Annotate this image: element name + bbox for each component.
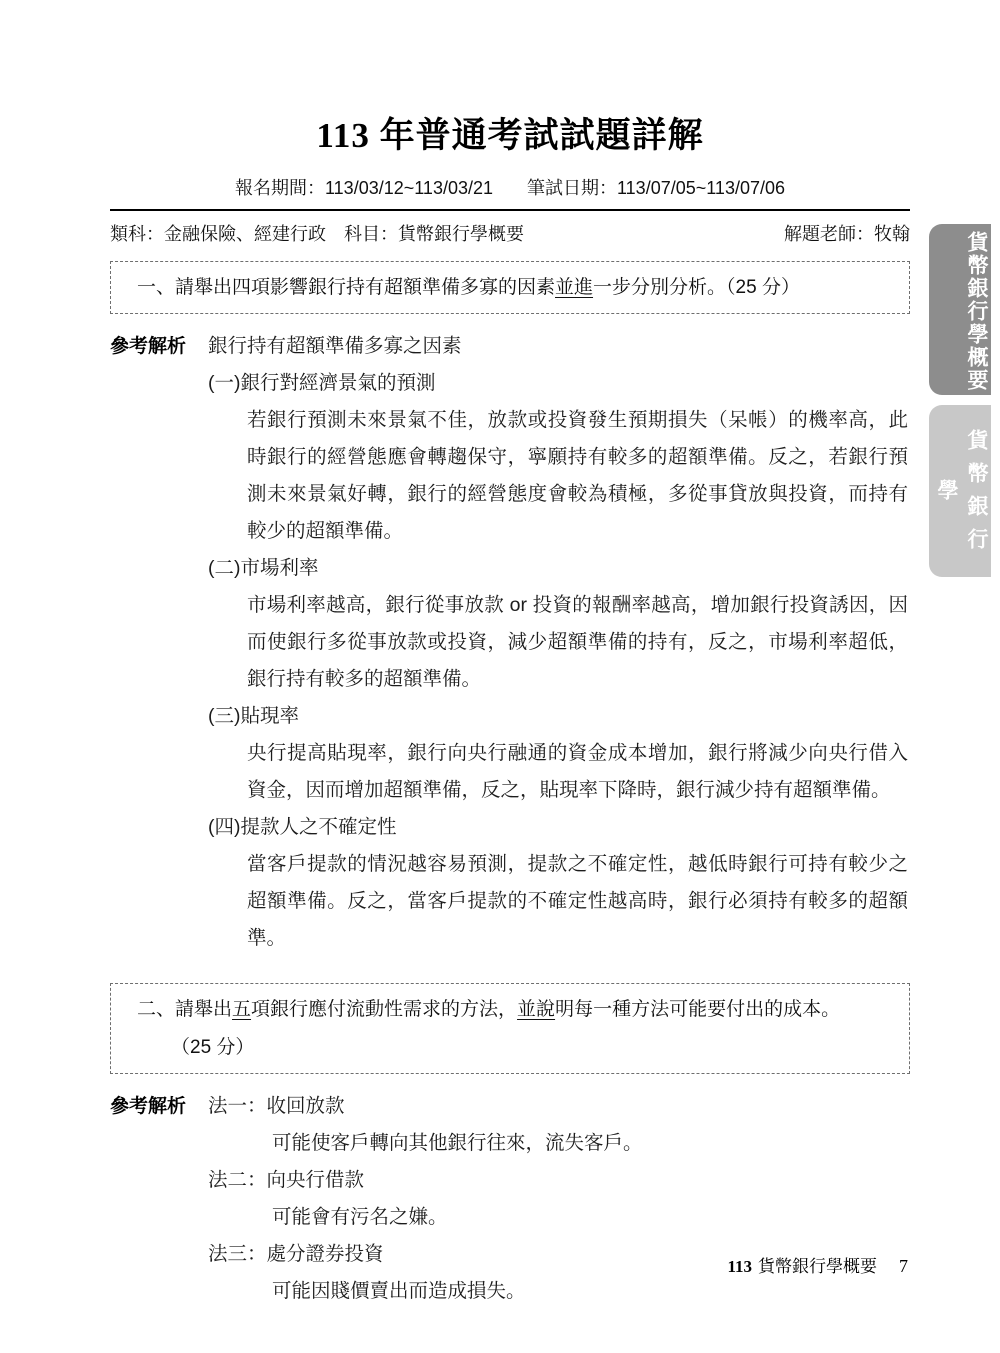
exam-dates-line: 報名期間：113/03/12~113/03/21筆試日期：113/07/05~1… — [110, 174, 910, 200]
question-2-underline-1: 五 — [232, 999, 251, 1020]
item-body: 當客戶提款的情況越容易預測，提款之不確定性，越低時銀行可持有較少之超額準備。反之… — [247, 846, 908, 957]
page-main-column: 113 年普通考試試題詳解 報名期間：113/03/12~113/03/21筆試… — [110, 0, 910, 1310]
item-body: 央行提高貼現率，銀行向央行融通的資金成本增加，銀行將減少向央行借入資金，因而增加… — [247, 735, 908, 809]
item-heading: (二)市場利率 — [208, 550, 908, 587]
answer-2-method: 法二：向央行借款 可能會有污名之嫌。 — [208, 1162, 908, 1236]
answer-1-block: 參考解析 銀行持有超額準備多寡之因素 (一)銀行對經濟景氣的預測 若銀行預測未來… — [110, 328, 910, 957]
sidebar-tab-label: 貨幣銀行學概要 — [965, 231, 988, 392]
item-heading: (一)銀行對經濟景氣的預測 — [208, 365, 908, 402]
category-subject: 類科：金融保險、經建行政 科目：貨幣銀行學概要 — [110, 220, 524, 246]
question-1-box: 一、請舉出四項影響銀行持有超額準備多寡的因素並進一步分別分析。（25 分） — [110, 261, 910, 314]
item-heading: (三)貼現率 — [208, 698, 908, 735]
item-body: 若銀行預測未來景氣不佳，放款或投資發生預期損失（呆帳）的機率高，此時銀行的經營態… — [247, 402, 908, 550]
answer-1-item: (一)銀行對經濟景氣的預測 若銀行預測未來景氣不佳，放款或投資發生預期損失（呆帳… — [208, 365, 908, 550]
question-1-underline: 並進 — [555, 277, 593, 298]
answer-1-intro: 銀行持有超額準備多寡之因素 — [208, 328, 908, 365]
method-cost: 可能因賤價賣出而造成損失。 — [272, 1273, 908, 1310]
answer-2-method: 法一：收回放款 可能使客戶轉向其他銀行往來，流失客戶。 — [208, 1088, 908, 1162]
method-cost: 可能會有污名之嫌。 — [272, 1199, 908, 1236]
header-divider — [110, 209, 910, 211]
footer-volume: 113 — [727, 1257, 752, 1276]
sidebar-tab-subject-overview[interactable]: 貨幣銀行學概要 — [929, 224, 991, 395]
sidebar-tab-subject[interactable]: 貨幣銀行學 — [929, 405, 991, 577]
question-2-points: （25 分） — [171, 1034, 891, 1061]
item-heading: (四)提款人之不確定性 — [208, 809, 908, 846]
page-footer: 113貨幣銀行學概要7 — [727, 1252, 908, 1277]
question-2-text: 二、請舉出五項銀行應付流動性需求的方法，並說明每一種方法可能要付出的成本。 — [137, 996, 891, 1023]
reference-analysis-label: 參考解析 — [110, 1088, 208, 1310]
answer-1-content: 銀行持有超額準備多寡之因素 (一)銀行對經濟景氣的預測 若銀行預測未來景氣不佳，… — [208, 328, 908, 957]
footer-page-number: 7 — [899, 1256, 908, 1276]
answer-1-item: (二)市場利率 市場利率越高，銀行從事放款 or 投資的報酬率越高，增加銀行投資… — [208, 550, 908, 698]
reference-analysis-label: 參考解析 — [110, 328, 208, 957]
method-cost: 可能使客戶轉向其他銀行往來，流失客戶。 — [272, 1125, 908, 1162]
meta-line: 類科：金融保險、經建行政 科目：貨幣銀行學概要 解題老師：牧翰 — [110, 220, 910, 246]
exam-solution-page: 貨幣銀行學概要 貨幣銀行學 113 年普通考試試題詳解 報名期間：113/03/… — [0, 0, 1000, 1353]
question-1-text: 一、請舉出四項影響銀行持有超額準備多寡的因素並進一步分別分析。（25 分） — [137, 277, 800, 298]
solution-teacher: 解題老師：牧翰 — [784, 220, 910, 246]
method-heading: 法二：向央行借款 — [208, 1162, 908, 1199]
registration-period: 報名期間：113/03/12~113/03/21 — [235, 178, 493, 198]
sidebar-tab-label: 貨幣銀行學 — [935, 429, 988, 561]
method-heading: 法一：收回放款 — [208, 1088, 908, 1125]
item-body: 市場利率越高，銀行從事放款 or 投資的報酬率越高，增加銀行投資誘因，因而使銀行… — [247, 587, 908, 698]
written-exam-date: 筆試日期：113/07/05~113/07/06 — [527, 178, 785, 198]
footer-subject: 貨幣銀行學概要 — [758, 1257, 877, 1276]
answer-1-item: (四)提款人之不確定性 當客戶提款的情況越容易預測，提款之不確定性，越低時銀行可… — [208, 809, 908, 957]
answer-1-item: (三)貼現率 央行提高貼現率，銀行向央行融通的資金成本增加，銀行將減少向央行借入… — [208, 698, 908, 809]
page-title: 113 年普通考試試題詳解 — [110, 108, 910, 158]
question-2-box: 二、請舉出五項銀行應付流動性需求的方法，並說明每一種方法可能要付出的成本。 （2… — [110, 983, 910, 1074]
question-2-underline-2: 並說 — [517, 999, 555, 1020]
